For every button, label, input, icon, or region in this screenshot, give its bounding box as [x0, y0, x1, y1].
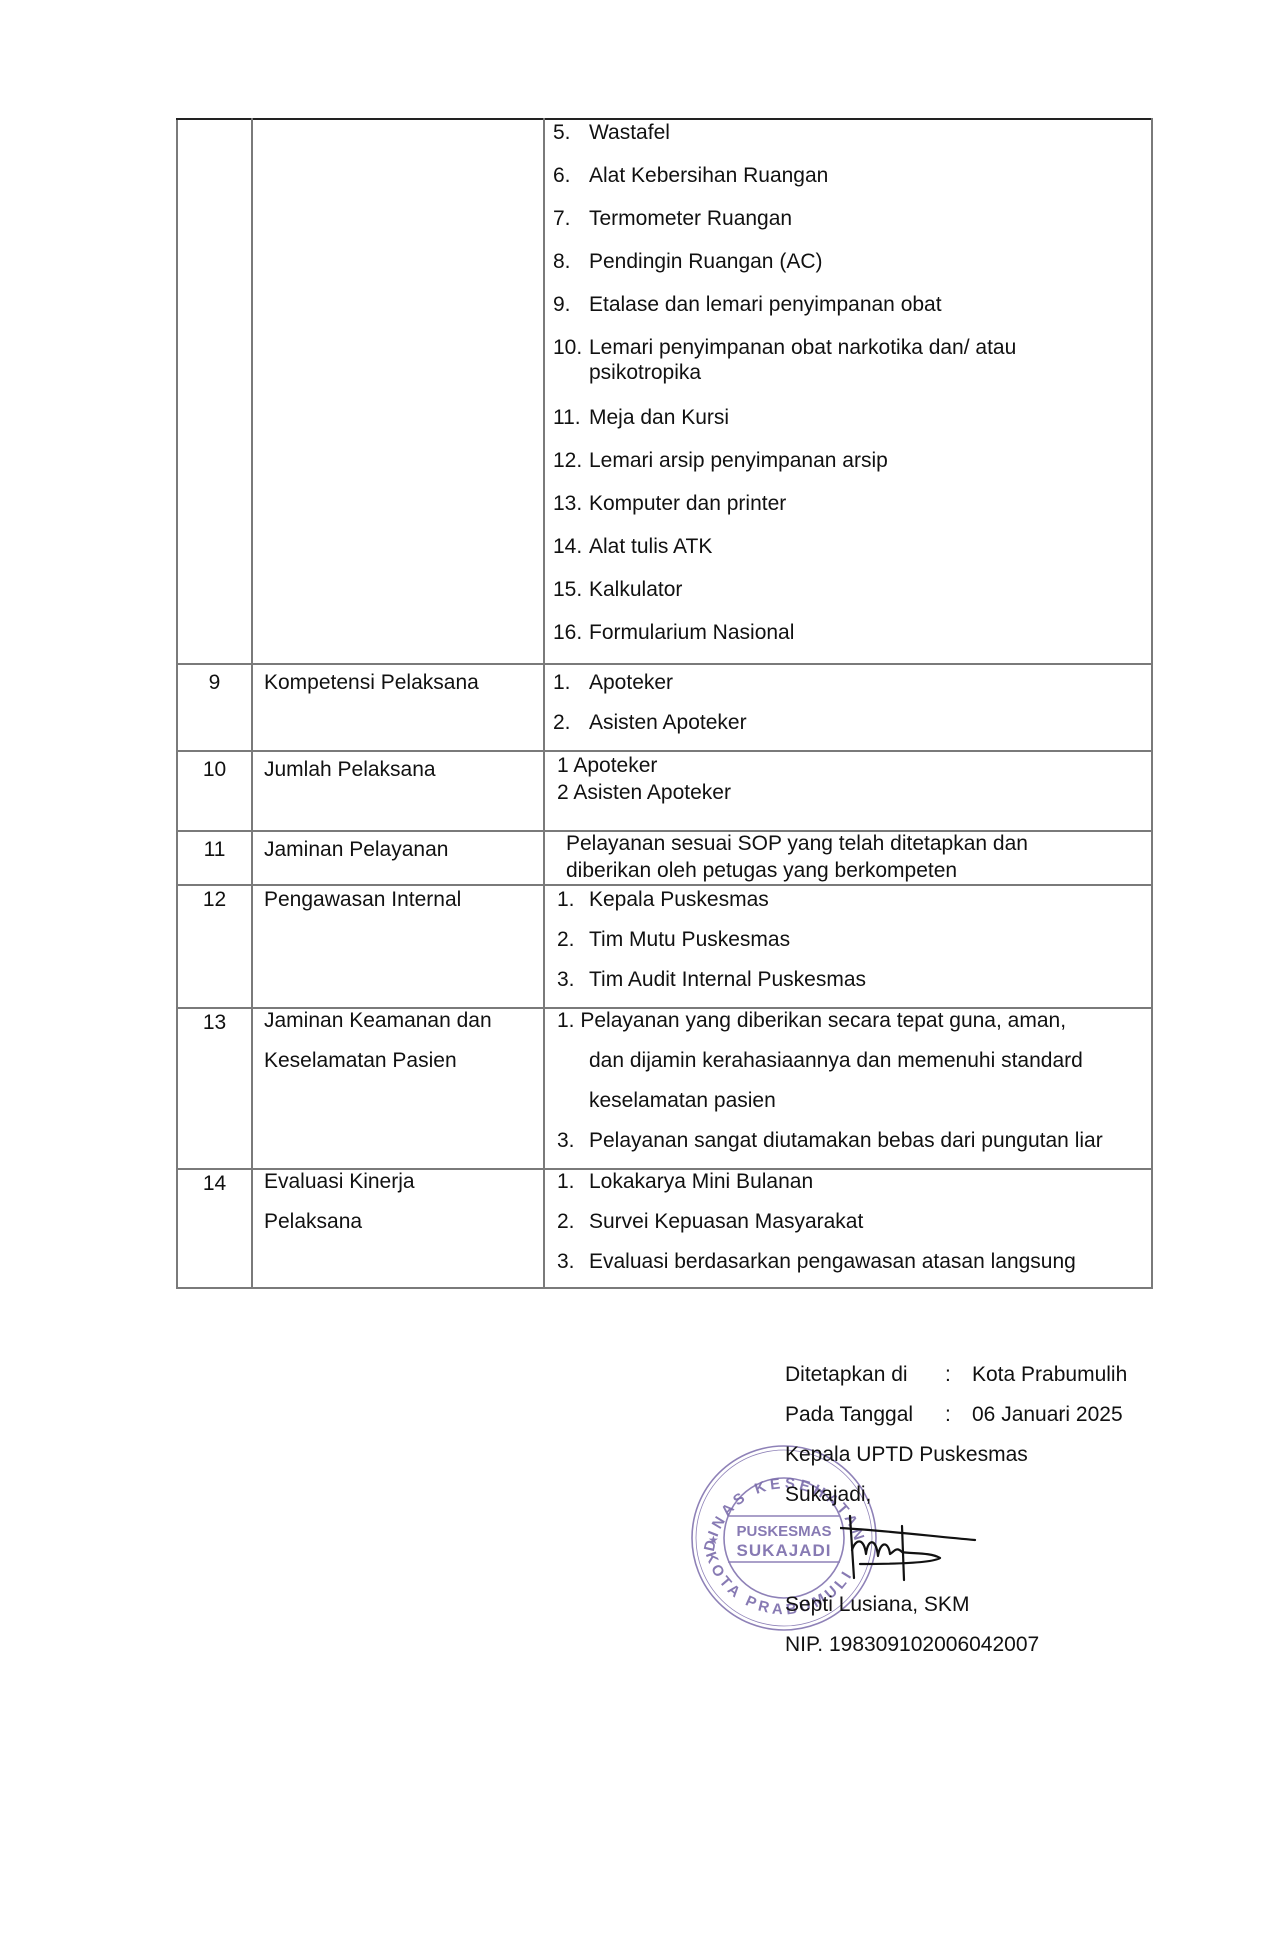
svg-text:SUKAJADI: SUKAJADI [737, 1541, 832, 1560]
safety-guarantee-list: 1. Pelayanan yang diberikan secara tepat… [553, 1001, 1151, 1161]
list-item: 7.Termometer Ruangan [553, 206, 1151, 249]
list-item: 2.Survei Kepuasan Masyarakat [557, 1202, 1151, 1242]
signatory-name: Septi Lusiana, SKM [785, 1585, 969, 1625]
table-row: 12 Pengawasan Internal 1.Kepala Puskesma… [177, 885, 1152, 1008]
row-content-cell: 1.Kepala Puskesmas 2.Tim Mutu Puskesmas … [544, 885, 1152, 1008]
staff-count-lines: 1 Apoteker 2 Asisten Apoteker [553, 752, 1151, 806]
row-label-cell: Jaminan Keamanan dan Keselamatan Pasien [252, 1008, 544, 1169]
place-row: Ditetapkan di : Kota Prabumulih [785, 1355, 1127, 1395]
position-title: Kepala UPTD Puskesmas [785, 1435, 1127, 1475]
row-content-cell: Pelayanan sesuai SOP yang telah ditetapk… [544, 831, 1152, 885]
list-item: 11.Meja dan Kursi [553, 405, 1151, 448]
table-row: 5.Wastafel 6.Alat Kebersihan Ruangan 7.T… [177, 119, 1152, 664]
list-item: 13.Komputer dan printer [553, 491, 1151, 534]
list-item: 9.Etalase dan lemari penyimpanan obat [553, 292, 1151, 335]
row-label-cell: Jumlah Pelaksana [252, 751, 544, 831]
handwritten-signature-icon [840, 1508, 980, 1588]
row-number-cell: 10 [177, 751, 252, 831]
row-label-cell [252, 119, 544, 664]
table-row: 14 Evaluasi Kinerja Pelaksana 1.Lokakary… [177, 1169, 1152, 1288]
row-number-cell: 14 [177, 1169, 252, 1288]
performance-evaluation-list: 1.Lokakarya Mini Bulanan 2.Survei Kepuas… [553, 1162, 1151, 1282]
list-item: 1. Pelayanan yang diberikan secara tepat… [557, 1001, 1151, 1041]
list-item: 5.Wastafel [553, 120, 1151, 163]
equipment-list: 5.Wastafel 6.Alat Kebersihan Ruangan 7.T… [553, 120, 1151, 663]
service-guarantee-text: Pelayanan sesuai SOP yang telah ditetapk… [553, 830, 1086, 884]
list-item: 8.Pendingin Ruangan (AC) [553, 249, 1151, 292]
row-number-cell: 9 [177, 664, 252, 751]
row-content-cell: 1.Lokakarya Mini Bulanan 2.Survei Kepuas… [544, 1169, 1152, 1288]
list-item: 10.Lemari penyimpanan obat narkotika dan… [553, 335, 1151, 405]
internal-supervision-list: 1.Kepala Puskesmas 2.Tim Mutu Puskesmas … [553, 886, 1151, 1007]
row-content-cell: 1 Apoteker 2 Asisten Apoteker [544, 751, 1152, 831]
list-item: 3.Pelayanan sangat diutamakan bebas dari… [557, 1121, 1151, 1161]
document-page: 5.Wastafel 6.Alat Kebersihan Ruangan 7.T… [0, 0, 1275, 1950]
list-item: 2.Asisten Apoteker [553, 710, 1151, 750]
row-number-cell: 12 [177, 885, 252, 1008]
row-number-cell: 13 [177, 1008, 252, 1169]
list-item: 1.Lokakarya Mini Bulanan [557, 1162, 1151, 1202]
row-label: Jaminan Keamanan dan Keselamatan Pasien [264, 1001, 543, 1081]
list-item: 16.Formularium Nasional [553, 620, 1151, 663]
date-row: Pada Tanggal : 06 Januari 2025 [785, 1395, 1127, 1435]
signature-block: Ditetapkan di : Kota Prabumulih Pada Tan… [785, 1355, 1127, 1515]
svg-text:PUSKESMAS: PUSKESMAS [736, 1523, 831, 1540]
row-content-cell: 1. Pelayanan yang diberikan secara tepat… [544, 1008, 1152, 1169]
row-number-cell: 11 [177, 831, 252, 885]
table-row: 11 Jaminan Pelayanan Pelayanan sesuai SO… [177, 831, 1152, 885]
row-content-cell: 5.Wastafel 6.Alat Kebersihan Ruangan 7.T… [544, 119, 1152, 664]
row-content-cell: 1.Apoteker 2.Asisten Apoteker [544, 664, 1152, 751]
list-item: 6.Alat Kebersihan Ruangan [553, 163, 1151, 206]
list-item: 1.Apoteker [553, 670, 1151, 710]
table-row: 10 Jumlah Pelaksana 1 Apoteker 2 Asisten… [177, 751, 1152, 831]
list-item: 12.Lemari arsip penyimpanan arsip [553, 448, 1151, 491]
competency-list: 1.Apoteker 2.Asisten Apoteker [553, 665, 1151, 750]
table-row: 9 Kompetensi Pelaksana 1.Apoteker 2.Asis… [177, 664, 1152, 751]
row-number-cell [177, 119, 252, 664]
svg-text:★: ★ [708, 1533, 719, 1547]
table-row: 13 Jaminan Keamanan dan Keselamatan Pasi… [177, 1008, 1152, 1169]
row-label-cell: Evaluasi Kinerja Pelaksana [252, 1169, 544, 1288]
list-item: 2.Tim Mutu Puskesmas [557, 927, 1151, 967]
list-item: 3.Evaluasi berdasarkan pengawasan atasan… [557, 1242, 1151, 1282]
signatory-nip: NIP. 198309102006042007 [785, 1625, 1039, 1665]
list-item: 1.Kepala Puskesmas [557, 887, 1151, 927]
row-label-cell: Kompetensi Pelaksana [252, 664, 544, 751]
row-label: Evaluasi Kinerja Pelaksana [264, 1162, 543, 1242]
row-label-cell: Jaminan Pelayanan [252, 831, 544, 885]
row-label-cell: Pengawasan Internal [252, 885, 544, 1008]
list-item: 14.Alat tulis ATK [553, 534, 1151, 577]
list-item: 15.Kalkulator [553, 577, 1151, 620]
service-standard-table: 5.Wastafel 6.Alat Kebersihan Ruangan 7.T… [176, 118, 1153, 1289]
